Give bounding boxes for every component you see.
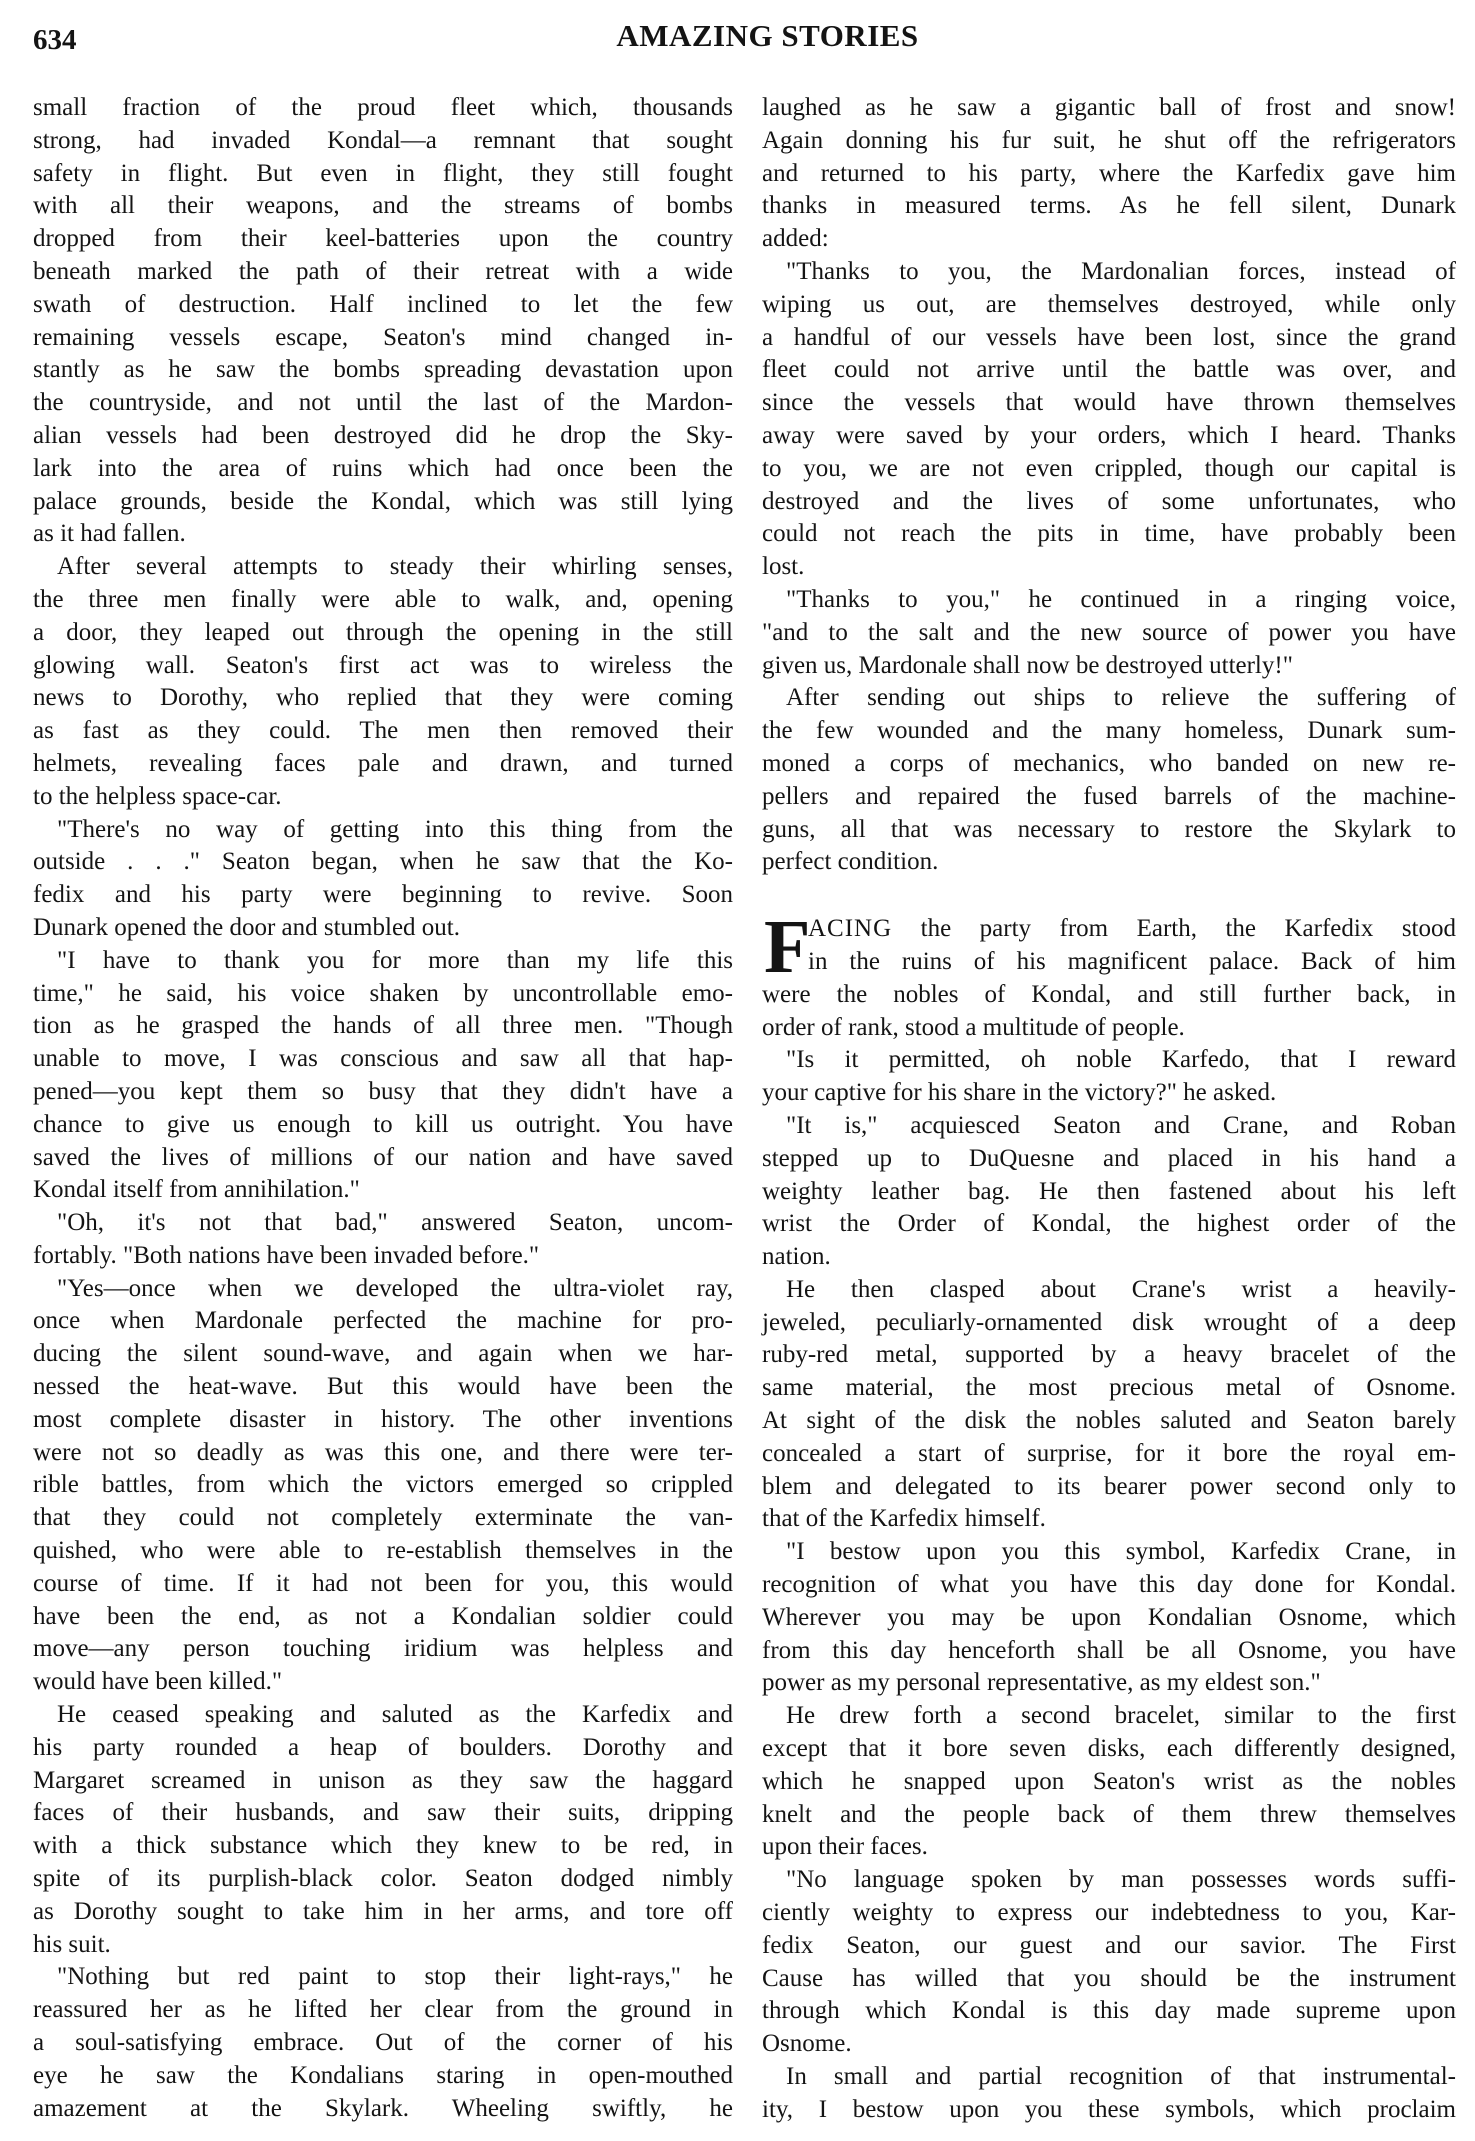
text-line: perfect condition. bbox=[762, 846, 1456, 879]
text-line: fedix Seaton, our guest and our savior. … bbox=[762, 1930, 1456, 1963]
text-line: Wherever you may be upon Kondalian Osnom… bbox=[762, 1602, 1456, 1635]
text-line: glowing wall. Seaton's first act was to … bbox=[33, 650, 733, 683]
text-line: After several attempts to steady their w… bbox=[33, 551, 733, 584]
text-line: In small and partial recognition of that… bbox=[762, 2061, 1456, 2094]
text-line: except that it bore seven disks, each di… bbox=[762, 1733, 1456, 1766]
text-line: Again donning his fur suit, he shut off … bbox=[762, 125, 1456, 158]
text-line: Dunark opened the door and stumbled out. bbox=[33, 912, 733, 945]
right-column-after-section-break: "Is it permitted, oh noble Karfedo, that… bbox=[762, 1044, 1456, 2126]
paragraph: He ceased speaking and saluted as the Ka… bbox=[33, 1699, 733, 1961]
text-line: power as my personal representative, as … bbox=[762, 1667, 1456, 1700]
text-line: After sending out ships to relieve the s… bbox=[762, 682, 1456, 715]
text-line: concealed a start of surprise, for it bo… bbox=[762, 1438, 1456, 1471]
text-line: were the nobles of Kondal, and still fur… bbox=[762, 979, 1456, 1012]
text-line: knelt and the people back of them threw … bbox=[762, 1799, 1456, 1832]
text-line: "It is," acquiesced Seaton and Crane, an… bbox=[762, 1110, 1456, 1143]
text-line: news to Dorothy, who replied that they w… bbox=[33, 682, 733, 715]
text-line: stantly as he saw the bombs spreading de… bbox=[33, 354, 733, 387]
right-column-before-section-break: laughed as he saw a gigantic ball of fro… bbox=[762, 92, 1456, 879]
page-header: 634 AMAZING STORIES bbox=[0, 14, 1475, 54]
text-line: laughed as he saw a gigantic ball of fro… bbox=[762, 92, 1456, 125]
text-line: "There's no way of getting into this thi… bbox=[33, 814, 733, 847]
text-line: small fraction of the proud fleet which,… bbox=[33, 92, 733, 125]
text-line: with a thick substance which they knew t… bbox=[33, 1830, 733, 1863]
text-line: At sight of the disk the nobles saluted … bbox=[762, 1405, 1456, 1438]
text-line: that of the Karfedix himself. bbox=[762, 1503, 1456, 1536]
text-line: He then clasped about Crane's wrist a he… bbox=[762, 1274, 1456, 1307]
section-opening: F ACING the party from Earth, the Karfed… bbox=[762, 913, 1456, 1044]
text-line: saved the lives of millions of our natio… bbox=[33, 1142, 733, 1175]
paragraph: In small and partial recognition of that… bbox=[762, 2061, 1456, 2127]
text-line: a soul-satisfying embrace. Out of the co… bbox=[33, 2027, 733, 2060]
text-line: "Thanks to you, the Mardonalian forces, … bbox=[762, 256, 1456, 289]
section-opening-line-1: ACING the party from Earth, the Karfedix… bbox=[762, 913, 1456, 946]
paragraph: "Oh, it's not that bad," answered Seaton… bbox=[33, 1207, 733, 1273]
text-line: "Thanks to you," he continued in a ringi… bbox=[762, 584, 1456, 617]
text-line: dropped from their keel-batteries upon t… bbox=[33, 223, 733, 256]
text-line: as Dorothy sought to take him in her arm… bbox=[33, 1896, 733, 1929]
text-line: ciently weighty to express our indebtedn… bbox=[762, 1897, 1456, 1930]
text-line: and returned to his party, where the Kar… bbox=[762, 158, 1456, 191]
text-line: "I bestow upon you this symbol, Karfedix… bbox=[762, 1536, 1456, 1569]
text-line: his suit. bbox=[33, 1929, 733, 1962]
text-line: wrist the Order of Kondal, the highest o… bbox=[762, 1208, 1456, 1241]
text-line: to you, we are not even crippled, though… bbox=[762, 453, 1456, 486]
text-line: Osnome. bbox=[762, 2028, 1456, 2061]
paragraph: "It is," acquiesced Seaton and Crane, an… bbox=[762, 1110, 1456, 1274]
text-line: time," he said, his voice shaken by unco… bbox=[33, 978, 733, 1011]
text-line: as it had fallen. bbox=[33, 518, 733, 551]
text-line: remaining vessels escape, Seaton's mind … bbox=[33, 322, 733, 355]
text-line: amazement at the Skylark. Wheeling swift… bbox=[33, 2093, 733, 2126]
text-line: guns, all that was necessary to restore … bbox=[762, 814, 1456, 847]
text-line: away were saved by your orders, which I … bbox=[762, 420, 1456, 453]
paragraph: "There's no way of getting into this thi… bbox=[33, 814, 733, 945]
text-line: lark into the area of ruins which had on… bbox=[33, 453, 733, 486]
paragraph: After several attempts to steady their w… bbox=[33, 551, 733, 813]
text-line: safety in flight. But even in flight, th… bbox=[33, 158, 733, 191]
paragraph: "Is it permitted, oh noble Karfedo, that… bbox=[762, 1044, 1456, 1110]
text-line: spite of its purplish-black color. Seato… bbox=[33, 1863, 733, 1896]
text-line: the countryside, and not until the last … bbox=[33, 387, 733, 420]
text-line: pellers and repaired the fused barrels o… bbox=[762, 781, 1456, 814]
text-line: Kondal itself from annihilation." bbox=[33, 1174, 733, 1207]
paragraph: small fraction of the proud fleet which,… bbox=[33, 92, 733, 551]
text-line: to the helpless space-car. bbox=[33, 781, 733, 814]
text-line: unable to move, I was conscious and saw … bbox=[33, 1043, 733, 1076]
text-line: chance to give us enough to kill us outr… bbox=[33, 1109, 733, 1142]
text-line: alian vessels had been destroyed did he … bbox=[33, 420, 733, 453]
text-line: ity, I bestow upon you these symbols, wh… bbox=[762, 2094, 1456, 2127]
text-line: helmets, revealing faces pale and drawn,… bbox=[33, 748, 733, 781]
text-line: swath of destruction. Half inclined to l… bbox=[33, 289, 733, 322]
paragraph: laughed as he saw a gigantic ball of fro… bbox=[762, 92, 1456, 256]
paragraph: He drew forth a second bracelet, similar… bbox=[762, 1700, 1456, 1864]
opening-word-rest: ACING bbox=[808, 915, 892, 942]
text-line: course of time. If it had not been for y… bbox=[33, 1568, 733, 1601]
text-line: thanks in measured terms. As he fell sil… bbox=[762, 190, 1456, 223]
text-line: fedix and his party were beginning to re… bbox=[33, 879, 733, 912]
text-line: "and to the salt and the new source of p… bbox=[762, 617, 1456, 650]
text-line: from this day henceforth shall be all Os… bbox=[762, 1635, 1456, 1668]
text-line: reassured her as he lifted her clear fro… bbox=[33, 1994, 733, 2027]
text-line: "Nothing but red paint to stop their lig… bbox=[33, 1961, 733, 1994]
text-line: jeweled, peculiarly-ornamented disk wrou… bbox=[762, 1307, 1456, 1340]
text-line: quished, who were able to re-establish t… bbox=[33, 1535, 733, 1568]
text-line: "No language spoken by man possesses wor… bbox=[762, 1864, 1456, 1897]
text-line: with all their weapons, and the streams … bbox=[33, 190, 733, 223]
text-line: nation. bbox=[762, 1241, 1456, 1274]
text-line: the few wounded and the many homeless, D… bbox=[762, 715, 1456, 748]
text-line: same material, the most precious metal o… bbox=[762, 1372, 1456, 1405]
text-line: that they could not completely extermina… bbox=[33, 1502, 733, 1535]
text-line: weighty leather bag. He then fastened ab… bbox=[762, 1176, 1456, 1209]
text-line: fortably. "Both nations have been invade… bbox=[33, 1240, 733, 1273]
paragraph: "Thanks to you," he continued in a ringi… bbox=[762, 584, 1456, 682]
text-line: lost. bbox=[762, 551, 1456, 584]
text-line: pened—you kept them so busy that they di… bbox=[33, 1076, 733, 1109]
text-line: were not so deadly as was this one, and … bbox=[33, 1437, 733, 1470]
paragraph: "Yes—once when we developed the ultra-vi… bbox=[33, 1273, 733, 1699]
text-line: stepped up to DuQuesne and placed in his… bbox=[762, 1143, 1456, 1176]
text-line: the three men finally were able to walk,… bbox=[33, 584, 733, 617]
text-line: palace grounds, beside the Kondal, which… bbox=[33, 486, 733, 519]
text-line: order of rank, stood a multitude of peop… bbox=[762, 1012, 1456, 1045]
text-line: through which Kondal is this day made su… bbox=[762, 1995, 1456, 2028]
text-line: Margaret screamed in unison as they saw … bbox=[33, 1765, 733, 1798]
drop-cap: F bbox=[764, 915, 810, 979]
text-line: a door, they leaped out through the open… bbox=[33, 617, 733, 650]
paragraph: "I have to thank you for more than my li… bbox=[33, 945, 733, 1207]
text-line: have been the end, as not a Kondalian so… bbox=[33, 1601, 733, 1634]
text-line: moned a corps of mechanics, who banded o… bbox=[762, 748, 1456, 781]
text-line: which he snapped upon Seaton's wrist as … bbox=[762, 1766, 1456, 1799]
section-opening-line-2: in the ruins of his magnificent palace. … bbox=[762, 946, 1456, 979]
text-line: strong, had invaded Kondal—a remnant tha… bbox=[33, 125, 733, 158]
text-line: since the vessels that would have thrown… bbox=[762, 387, 1456, 420]
text-line: could not reach the pits in time, have p… bbox=[762, 518, 1456, 551]
text-line: your captive for his share in the victor… bbox=[762, 1077, 1456, 1110]
text-line: once when Mardonale perfected the machin… bbox=[33, 1305, 733, 1338]
text-line: fleet could not arrive until the battle … bbox=[762, 354, 1456, 387]
text-line: ducing the silent sound-wave, and again … bbox=[33, 1338, 733, 1371]
text-line: would have been killed." bbox=[33, 1666, 733, 1699]
paragraph: "Thanks to you, the Mardonalian forces, … bbox=[762, 256, 1456, 584]
text-line: He drew forth a second bracelet, similar… bbox=[762, 1700, 1456, 1733]
magazine-title: AMAZING STORIES bbox=[0, 18, 1475, 54]
text-line: faces of their husbands, and saw their s… bbox=[33, 1797, 733, 1830]
text-line: move—any person touching iridium was hel… bbox=[33, 1633, 733, 1666]
text-line: most complete disaster in history. The o… bbox=[33, 1404, 733, 1437]
text-line: "Is it permitted, oh noble Karfedo, that… bbox=[762, 1044, 1456, 1077]
text-line: "Yes—once when we developed the ultra-vi… bbox=[33, 1273, 733, 1306]
text-line: his party rounded a heap of boulders. Do… bbox=[33, 1732, 733, 1765]
text-line: given us, Mardonale shall now be destroy… bbox=[762, 650, 1456, 683]
paragraph: He then clasped about Crane's wrist a he… bbox=[762, 1274, 1456, 1536]
right-column: laughed as he saw a gigantic ball of fro… bbox=[762, 92, 1456, 2127]
section-opening-body: were the nobles of Kondal, and still fur… bbox=[762, 979, 1456, 1045]
text-line: eye he saw the Kondalians staring in ope… bbox=[33, 2060, 733, 2093]
text-line: wiping us out, are themselves destroyed,… bbox=[762, 289, 1456, 322]
text-line: He ceased speaking and saluted as the Ka… bbox=[33, 1699, 733, 1732]
text-line: beneath marked the path of their retreat… bbox=[33, 256, 733, 289]
text-line: "Oh, it's not that bad," answered Seaton… bbox=[33, 1207, 733, 1240]
text-line: ruby-red metal, supported by a heavy bra… bbox=[762, 1339, 1456, 1372]
text-line: outside . . ." Seaton began, when he saw… bbox=[33, 846, 733, 879]
text-line: added: bbox=[762, 223, 1456, 256]
text-line: recognition of what you have this day do… bbox=[762, 1569, 1456, 1602]
left-column: small fraction of the proud fleet which,… bbox=[33, 92, 733, 2125]
opening-line-1-rest: the party from Earth, the Karfedix stood bbox=[892, 915, 1456, 942]
text-line: Cause has willed that you should be the … bbox=[762, 1963, 1456, 1996]
section-break bbox=[762, 879, 1456, 913]
text-line: upon their faces. bbox=[762, 1831, 1456, 1864]
text-line: as fast as they could. The men then remo… bbox=[33, 715, 733, 748]
paragraph: "Nothing but red paint to stop their lig… bbox=[33, 1961, 733, 2125]
text-line: blem and delegated to its bearer power s… bbox=[762, 1471, 1456, 1504]
text-line: rible battles, from which the victors em… bbox=[33, 1469, 733, 1502]
text-line: "I have to thank you for more than my li… bbox=[33, 945, 733, 978]
text-line: destroyed and the lives of some unfortun… bbox=[762, 486, 1456, 519]
paragraph: "No language spoken by man possesses wor… bbox=[762, 1864, 1456, 2061]
text-line: nessed the heat-wave. But this would hav… bbox=[33, 1371, 733, 1404]
paragraph: "I bestow upon you this symbol, Karfedix… bbox=[762, 1536, 1456, 1700]
paragraph: After sending out ships to relieve the s… bbox=[762, 682, 1456, 879]
text-line: tion as he grasped the hands of all thre… bbox=[33, 1010, 733, 1043]
text-line: a handful of our vessels have been lost,… bbox=[762, 322, 1456, 355]
